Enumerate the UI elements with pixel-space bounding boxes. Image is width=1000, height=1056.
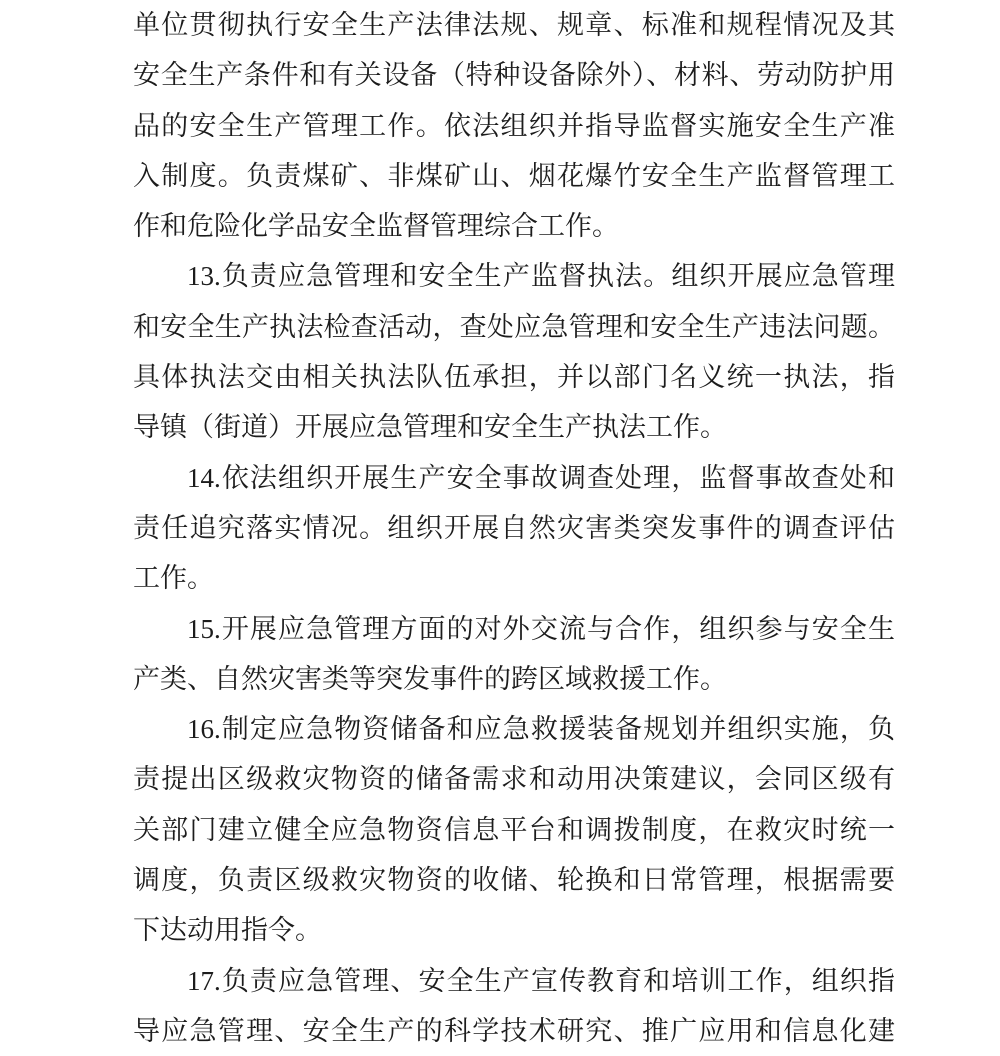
- text-line: 责任追究落实情况。组织开展自然灾害类突发事件的调查评估: [133, 503, 895, 553]
- text-line: 下达动用指令。: [133, 905, 895, 955]
- document-page: 单位贯彻执行安全生产法律法规、规章、标准和规程情况及其安全生产条件和有关设备（特…: [0, 0, 1000, 1056]
- text-line: 关部门建立健全应急物资信息平台和调拨制度，在救灾时统一: [133, 805, 895, 855]
- text-line: 安全生产条件和有关设备（特种设备除外）、材料、劳动防护用: [133, 50, 895, 100]
- paragraph-item-16: 16.制定应急物资储备和应急救援装备规划并组织实施，负责提出区级救灾物资的储备需…: [133, 704, 895, 955]
- text-line: 16.制定应急物资储备和应急救援装备规划并组织实施，负: [133, 704, 895, 754]
- text-line: 作和危险化学品安全监督管理综合工作。: [133, 201, 895, 251]
- paragraph-item-13: 13.负责应急管理和安全生产监督执法。组织开展应急管理和安全生产执法检查活动，查…: [133, 251, 895, 452]
- text-line: 单位贯彻执行安全生产法律法规、规章、标准和规程情况及其: [133, 0, 895, 50]
- text-line: 和安全生产执法检查活动，查处应急管理和安全生产违法问题。: [133, 302, 895, 352]
- text-line: 产类、自然灾害类等突发事件的跨区域救援工作。: [133, 654, 895, 704]
- paragraph-continuation-item-12: 单位贯彻执行安全生产法律法规、规章、标准和规程情况及其安全生产条件和有关设备（特…: [133, 0, 895, 251]
- text-line: 导应急管理、安全生产的科学技术研究、推广应用和信息化建: [133, 1006, 895, 1056]
- paragraph-item-15: 15.开展应急管理方面的对外交流与合作，组织参与安全生产类、自然灾害类等突发事件…: [133, 604, 895, 705]
- text-line: 入制度。负责煤矿、非煤矿山、烟花爆竹安全生产监督管理工: [133, 151, 895, 201]
- text-line: 14.依法组织开展生产安全事故调查处理，监督事故查处和: [133, 453, 895, 503]
- text-line: 调度，负责区级救灾物资的收储、轮换和日常管理，根据需要: [133, 855, 895, 905]
- text-line: 工作。: [133, 553, 895, 603]
- text-line: 导镇（街道）开展应急管理和安全生产执法工作。: [133, 402, 895, 452]
- text-line: 责提出区级救灾物资的储备需求和动用决策建议，会同区级有: [133, 754, 895, 804]
- text-line: 15.开展应急管理方面的对外交流与合作，组织参与安全生: [133, 604, 895, 654]
- text-line: 品的安全生产管理工作。依法组织并指导监督实施安全生产准: [133, 101, 895, 151]
- document-body: 单位贯彻执行安全生产法律法规、规章、标准和规程情况及其安全生产条件和有关设备（特…: [133, 0, 895, 1056]
- text-line: 具体执法交由相关执法队伍承担，并以部门名义统一执法，指: [133, 352, 895, 402]
- text-line: 13.负责应急管理和安全生产监督执法。组织开展应急管理: [133, 251, 895, 301]
- paragraph-item-14: 14.依法组织开展生产安全事故调查处理，监督事故查处和责任追究落实情况。组织开展…: [133, 453, 895, 604]
- text-line: 17.负责应急管理、安全生产宣传教育和培训工作，组织指: [133, 956, 895, 1006]
- paragraph-item-17: 17.负责应急管理、安全生产宣传教育和培训工作，组织指导应急管理、安全生产的科学…: [133, 956, 895, 1056]
